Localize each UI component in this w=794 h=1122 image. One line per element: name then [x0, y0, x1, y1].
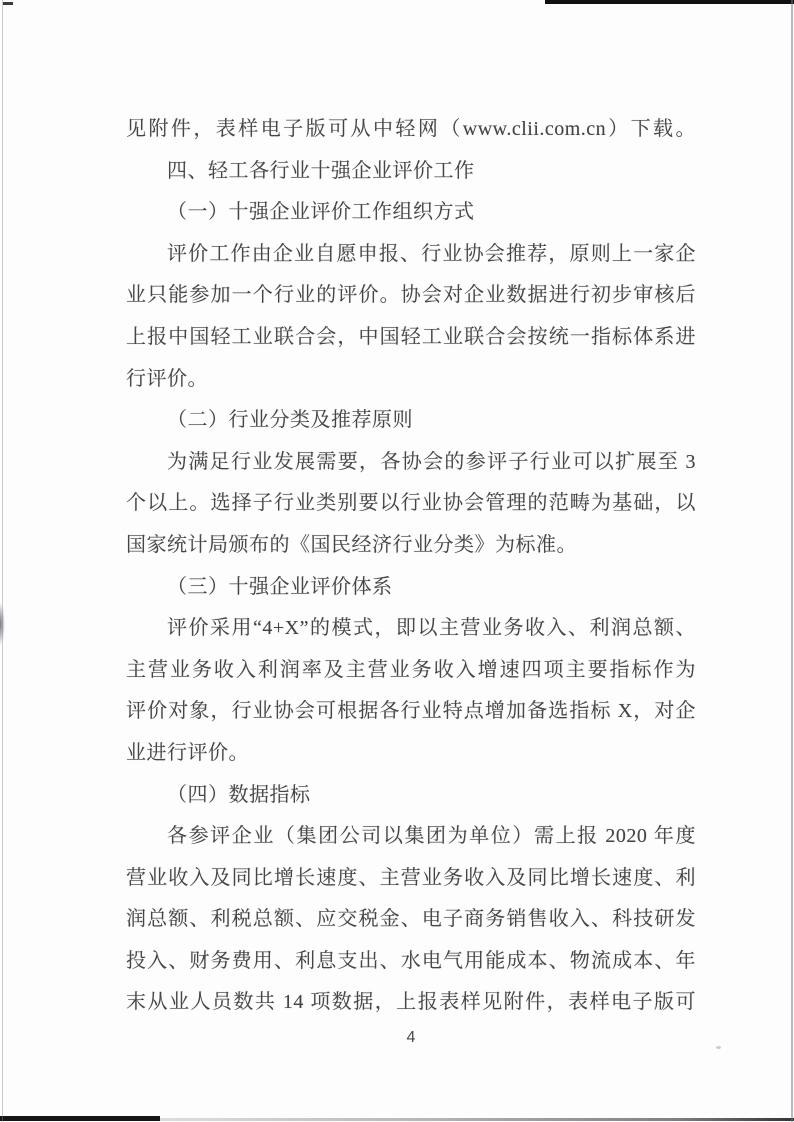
heading-item-two: （二）行业分类及推荐原则: [126, 400, 696, 442]
scan-artifact-top-bar: [545, 0, 794, 4]
heading-item-one: （一）十强企业评价工作组织方式: [126, 192, 696, 234]
scan-artifact-speck: [716, 1046, 721, 1049]
paragraph-line: 评价对象，行业协会可根据各行业特点增加备选指标 X，对企: [126, 691, 696, 733]
paragraph-line: 主营业务收入利润率及主营业务收入增速四项主要指标作为: [126, 650, 696, 692]
paragraph-line: 营业收入及同比增长速度、主营业务收入及同比增长速度、利: [126, 858, 696, 900]
page-number: 4: [126, 1024, 696, 1052]
paragraph-line: 业进行评价。: [126, 733, 696, 775]
scan-artifact-bottom-bar: [0, 1116, 160, 1121]
paragraph-line: 业只能参加一个行业的评价。协会对企业数据进行初步审核后: [126, 275, 696, 317]
paragraph-line: 润总额、利税总额、应交税金、电子商务销售收入、科技研发: [126, 899, 696, 941]
paragraph-line: 个以上。选择子行业类别要以行业协会管理的范畴为基础，以: [126, 483, 696, 525]
paragraph-line: 评价采用“4+X”的模式，即以主营业务收入、利润总额、: [126, 608, 696, 650]
paragraph-line: 为满足行业发展需要，各协会的参评子行业可以扩展至 3: [126, 442, 696, 484]
paragraph-line: 末从业人员数共 14 项数据，上报表样见附件，表样电子版可: [126, 982, 696, 1024]
paragraph-line: 行评价。: [126, 359, 696, 401]
paragraph-line: 评价工作由企业自愿申报、行业协会推荐，原则上一家企: [126, 234, 696, 276]
paragraph-line: 见附件，表样电子版可从中轻网（www.clii.com.cn）下载。: [126, 109, 696, 151]
paragraph-line: 上报中国轻工业联合会，中国轻工业联合会按统一指标体系进: [126, 317, 696, 359]
scan-artifact-top-dash: [3, 2, 13, 5]
document-page: 见附件，表样电子版可从中轻网（www.clii.com.cn）下载。 四、轻工各…: [0, 0, 794, 1122]
paragraph-line: 各参评企业（集团公司以集团为单位）需上报 2020 年度: [126, 816, 696, 858]
paragraph-line: 投入、财务费用、利息支出、水电气用能成本、物流成本、年: [126, 941, 696, 983]
heading-item-three: （三）十强企业评价体系: [126, 567, 696, 609]
heading-section-four: 四、轻工各行业十强企业评价工作: [126, 151, 696, 193]
document-body: 见附件，表样电子版可从中轻网（www.clii.com.cn）下载。 四、轻工各…: [126, 109, 696, 1024]
heading-item-four: （四）数据指标: [126, 775, 696, 817]
scan-artifact-right-edge: [791, 0, 793, 1122]
scan-artifact-left-edge: [2, 0, 3, 1122]
scan-artifact-left-smudge: [0, 602, 5, 646]
paragraph-line: 国家统计局颁布的《国民经济行业分类》为标准。: [126, 525, 696, 567]
